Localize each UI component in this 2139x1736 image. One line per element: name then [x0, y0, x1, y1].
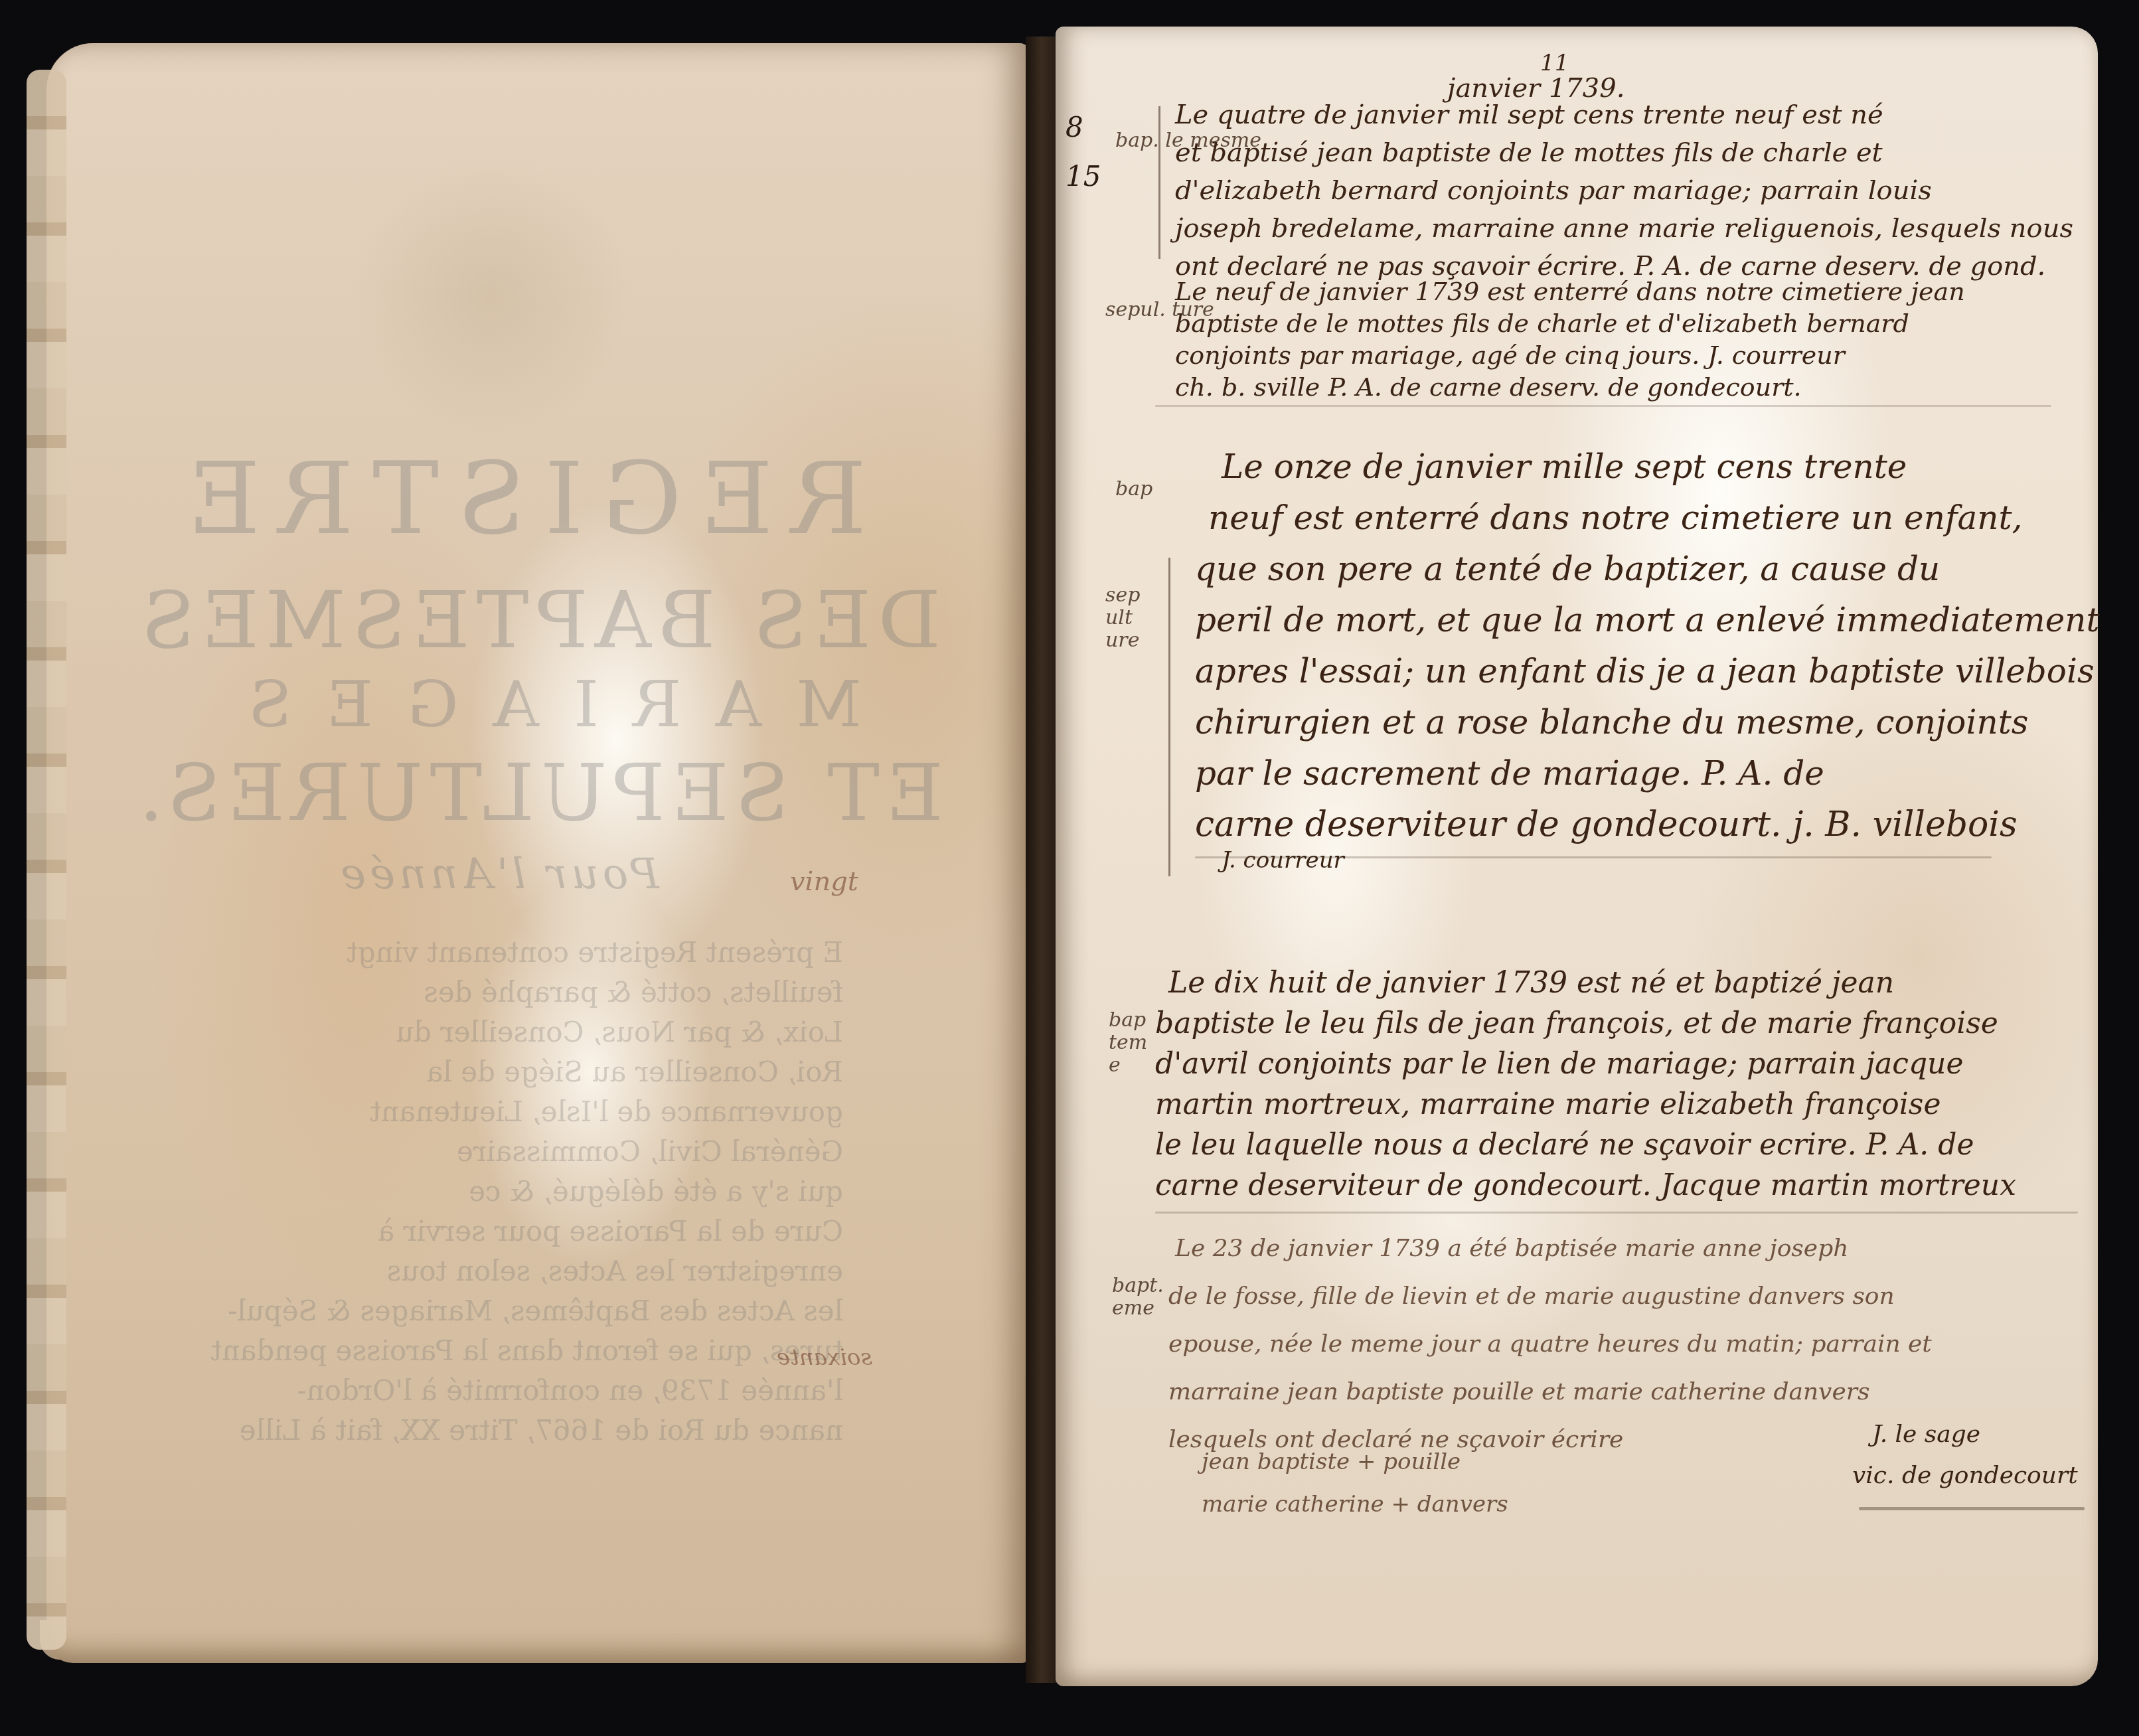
entry4-margin-note: bap tem e: [1109, 1009, 1155, 1077]
entry-line: ch. b. sville P. A. de carne deserv. de …: [1175, 371, 1965, 403]
bleed-title-line1: REGISTRE: [46, 441, 1029, 557]
entry5-text: Le 23 de janvier 1739 a été baptisée mar…: [1168, 1225, 1932, 1464]
entry-line: joseph bredelame, marraine anne marie re…: [1175, 210, 2073, 248]
bleed-title-line3: MARIAGES: [46, 667, 1029, 742]
entry-separator: [1155, 1212, 2078, 1214]
entry-line: marraine jean baptiste pouille et marie …: [1168, 1368, 1932, 1416]
open-register-spread: REGISTRE DES BAPTESMES MARIAGES ET SEPUL…: [0, 0, 2139, 1736]
signature-mark: jean baptiste + pouille: [1202, 1441, 1508, 1483]
entry-line: carne deserviteur de gondecourt. Jacque …: [1155, 1165, 2016, 1206]
entry3-text: Le onze de janvier mille sept cens trent…: [1195, 441, 2100, 870]
entry-line: d'avril conjoints par le lien de mariage…: [1155, 1044, 2016, 1084]
entry-line: que son pere a tenté de baptizer, a caus…: [1195, 544, 2100, 595]
bleed-body-line: Cure de la Paroisse pour servir à: [146, 1212, 843, 1251]
officiant-name: J. le sage: [1852, 1414, 2078, 1455]
bleed-body-line: E présent Registre contenant vingt: [146, 933, 843, 973]
entry5-margin-note: bapt. eme: [1112, 1275, 1158, 1320]
entry4-text: Le dix huit de janvier 1739 est né et ba…: [1155, 963, 2016, 1206]
bleed-body-line: les Actes des Baptêmes, Mariages & Sépul…: [146, 1291, 843, 1331]
entry-line: martin mortreux, marraine marie elizabet…: [1155, 1084, 2016, 1125]
entry-line: baptiste le leu fils de jean françois, e…: [1155, 1003, 2016, 1044]
bleed-body-line: enregistrer les Actes, selon tous: [146, 1251, 843, 1291]
entry-line: chirurgien et a rose blanche du mesme, c…: [1195, 697, 2100, 748]
entry2-text: Le neuf de janvier 1739 est enterré dans…: [1175, 276, 1965, 403]
folio-number: 11: [1540, 50, 1569, 76]
spine-mark: 8: [1066, 113, 1101, 142]
entry1-margin-rule: [1158, 106, 1160, 259]
entry3-margin-note-top: bap: [1115, 478, 1152, 501]
entry3-margin-note-bottom: sep ult ure: [1105, 584, 1152, 652]
bleed-body-line: tures, qui se feront dans la Paroisse pe…: [146, 1331, 843, 1371]
entry-signature: J. courreur: [1195, 850, 2100, 870]
bleed-title-line4: ET SEPULTURES.: [46, 747, 1029, 838]
entry-line: par le sacrement de mariage. P. A. de: [1195, 748, 2100, 799]
bleed-body-text: E présent Registre contenant vingt feuil…: [146, 933, 843, 1451]
spine-mark: 15: [1066, 162, 1101, 191]
entry-line: peril de mort, et que la mort a enlevé i…: [1195, 595, 2100, 646]
entry-line: neuf est enterré dans notre cimetiere un…: [1195, 493, 2100, 544]
entry5-officiant-signature: J. le sage vic. de gondecourt: [1852, 1414, 2078, 1496]
entry-line: Le onze de janvier mille sept cens trent…: [1195, 441, 2100, 493]
bleed-body-line: gouvernance de l'Isle, Lieutenant: [146, 1092, 843, 1132]
entry-line: de le fosse, fille de lievin et de marie…: [1168, 1273, 1932, 1320]
bleed-body-line: qui s'y a été délégué, & ce: [146, 1172, 843, 1212]
handwritten-mark-vingt: vingt: [790, 866, 858, 897]
bleed-body-line: nance du Roi de 1667, Titre XX, fait à L…: [146, 1411, 843, 1451]
officiant-title: vic. de gondecourt: [1852, 1455, 2078, 1496]
entry-separator: [1155, 405, 2051, 407]
bleed-body-line: l'année 1739, en conformité à l'Ordon-: [146, 1371, 843, 1411]
bleed-body-line: Loix, & par Nous, Conseiller du: [146, 1012, 843, 1052]
handwritten-mark-bleed: soixante: [777, 1344, 872, 1371]
entry-line: apres l'essai; un enfant dis je a jean b…: [1195, 646, 2100, 697]
left-page: REGISTRE DES BAPTESMES MARIAGES ET SEPUL…: [46, 43, 1029, 1663]
bleed-body-line: Général Civil, Commissaire: [146, 1132, 843, 1172]
entry-line: d'elizabeth bernard conjoints par mariag…: [1175, 172, 2073, 210]
spine-folio-marks: 8 15: [1066, 113, 1101, 191]
entry-line: le leu laquelle nous a declaré ne sçavoi…: [1155, 1125, 2016, 1165]
bleed-body-line: Roi, Conseiller au Siége de la: [146, 1052, 843, 1092]
entry5-godparent-signatures: jean baptiste + pouille marie catherine …: [1202, 1441, 1508, 1526]
bleed-title-line5: Pour l'Année: [46, 850, 1029, 899]
entry-line: conjoints par mariage, agé de cinq jours…: [1175, 339, 1965, 371]
entry-line: carne deserviteur de gondecourt. j. B. v…: [1195, 799, 2100, 850]
entry-separator: [1195, 856, 1992, 858]
signature-underline: [1859, 1507, 2085, 1510]
entry-line: Le neuf de janvier 1739 est enterré dans…: [1175, 276, 1965, 307]
signature-mark: marie catherine + danvers: [1202, 1483, 1508, 1526]
entry-line: baptiste de le mottes fils de charle et …: [1175, 307, 1965, 339]
bleed-title-line2: DES BAPTESMES: [46, 574, 1029, 666]
entry-line: et baptisé jean baptiste de le mottes fi…: [1175, 134, 2073, 172]
entry-line: Le dix huit de janvier 1739 est né et ba…: [1155, 963, 2016, 1003]
entry-line: Le 23 de janvier 1739 a été baptisée mar…: [1168, 1225, 1932, 1273]
bleed-body-line: feuillets, cotté & paraphé des: [146, 973, 843, 1012]
entry-line: epouse, née le meme jour a quatre heures…: [1168, 1320, 1932, 1368]
entry3-margin-rule: [1168, 558, 1170, 876]
entry-line: Le quatre de janvier mil sept cens trent…: [1175, 96, 2073, 134]
entry1-text: Le quatre de janvier mil sept cens trent…: [1175, 96, 2073, 285]
